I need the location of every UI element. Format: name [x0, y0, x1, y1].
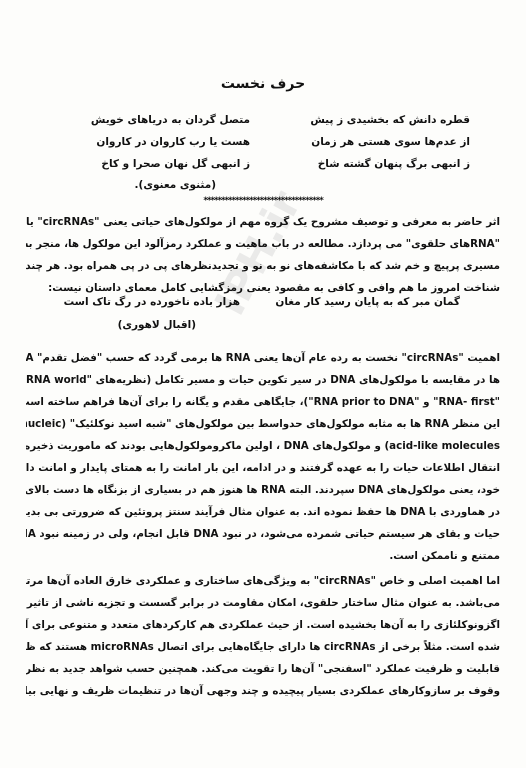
text-line: مسیری پرپیچ و خم شد که با مکاشفه‌های نو …: [26, 255, 500, 277]
hemistich-right: ز انبهی برگ پنهان گشته شاخ: [318, 158, 470, 170]
poem-verse: ز انبهی برگ پنهان گشته شاخ ز انبهی گل نه…: [60, 158, 480, 180]
paragraph-importance: اهمیت "circRNAs" نخست به رده عام آن‌ها ی…: [26, 347, 500, 567]
paragraph-circrna: اما اهمیت اصلی و خاص "circRNAs" به ویژگی…: [26, 570, 500, 702]
text-line: اما اهمیت اصلی و خاص "circRNAs" به ویژگی…: [26, 570, 500, 592]
text-line: انتقال اطلاعات حیات را به عهده گرفتند و …: [26, 457, 500, 479]
text-line: این منظر RNA ها به مثابه مولکول‌های حدوا…: [26, 413, 500, 435]
text-line: وقوف بر سازوکارهای عملکردی بسیار پیچیده …: [26, 680, 500, 702]
text-line: acid-like molecules) و مولکول‌های DNA ، …: [26, 435, 500, 457]
hemistich-right: از عدم‌ها سوی هستی هر زمان: [311, 136, 470, 148]
text-line: در هماوردی با DNA ها حفظ نموده اند. به ع…: [26, 501, 500, 523]
hemistich-left: هست یا رب کاروان در کاروان: [96, 136, 250, 148]
text-line: ها در مقایسه با مولکول‌های DNA در سیر تک…: [26, 369, 500, 391]
text-line: می‌باشد. به عنوان مثال ساختار حلقوی، امک…: [26, 592, 500, 614]
text-line: "RNAهای حلقوی" می پردازد. مطالعه در باب …: [26, 233, 500, 255]
document-page: IPH.ir حرف نخست قطره دانش که بخشیدی ز پی…: [0, 0, 526, 768]
text-line: اثر حاضر به معرفی و توصیف مشروح یک گروه …: [26, 211, 500, 233]
hemistich-right: گمان مبر که به پایان رسید کار مغان: [275, 296, 460, 308]
text-line: ممتنع و ناممکن است.: [26, 545, 500, 567]
text-line: "RNA- first" و "RNA prior to DNA")، جایگ…: [26, 391, 500, 413]
separator: **********************************: [0, 196, 526, 206]
hemistich-left: متصل گردان به دریاهای خویش: [91, 114, 250, 126]
poem-verse: قطره دانش که بخشیدی ز پیش متصل گردان به …: [60, 114, 480, 136]
paragraph-intro: اثر حاضر به معرفی و توصیف مشروح یک گروه …: [26, 211, 500, 299]
text-line: قابلیت و ظرفیت عملکرد "اسفنجی" آن‌ها را …: [26, 658, 500, 680]
text-line: شده است. مثلاً برخی از circRNAs ها دارای…: [26, 636, 500, 658]
hemistich-left: ز انبهی گل نهان صحرا و کاخ: [101, 158, 250, 170]
text-line: خود، یعنی مولکول‌های DNA سپردند. البته R…: [26, 479, 500, 501]
text-line: اگزونوکلئازی را به آن‌ها بخشیده است. از …: [26, 614, 500, 636]
poem-verse: گمان مبر که به پایان رسید کار مغان هزار …: [40, 296, 480, 318]
hemistich-right: قطره دانش که بخشیدی ز پیش: [310, 114, 470, 126]
hemistich-left: هزار باده ناخورده در رگ تاک است: [64, 296, 240, 308]
text-line: اهمیت "circRNAs" نخست به رده عام آن‌ها ی…: [26, 347, 500, 369]
poem-attribution: (اقبال لاهوری): [118, 319, 196, 331]
poem-attribution: (مثنوی معنوی).: [135, 179, 216, 191]
poem-verse: از عدم‌ها سوی هستی هر زمان هست یا رب کار…: [60, 136, 480, 158]
text-line: حیات و بقای هر سیستم حیاتی شمرده می‌شود،…: [26, 523, 500, 545]
page-title: حرف نخست: [0, 76, 526, 92]
